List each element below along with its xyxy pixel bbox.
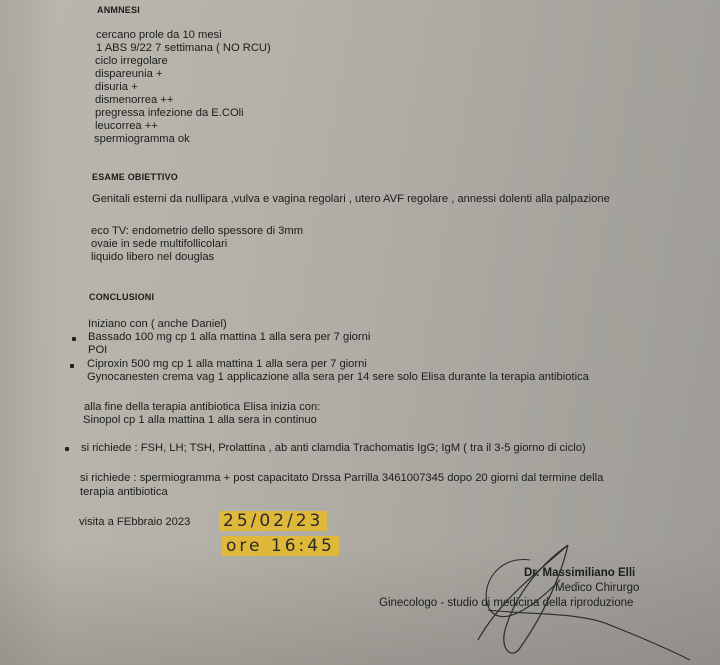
eco-line: liquido libero nel douglas <box>91 251 214 264</box>
esame-obiettivo-heading: ESAME OBIETTIVO <box>92 172 178 182</box>
doctor-title: Medico Chirurgo <box>555 582 639 594</box>
therapy-line: Bassado 100 mg cp 1 alla mattina 1 alla … <box>88 331 370 344</box>
bullet-icon <box>65 447 69 451</box>
after-therapy-line: Sinopol cp 1 alla mattina 1 alla sera in… <box>83 414 317 427</box>
handwritten-date: 25/02/23 <box>219 511 327 531</box>
anamnesi-line: 1 ABS 9/22 7 settimana ( NO RCU) <box>96 42 271 55</box>
lab-request-line: si richiede : spermiogramma + post capac… <box>80 472 603 485</box>
conclusioni-heading: CONCLUSIONI <box>89 292 154 302</box>
doctor-name: Dr. Massimiliano Elli <box>524 567 635 579</box>
handwritten-time: ore 16:45 <box>222 536 339 556</box>
after-therapy-line: alla fine della terapia antibiotica Elis… <box>84 401 320 414</box>
anamnesi-line: disuria + <box>95 81 138 94</box>
lab-request-line: si richiede : FSH, LH; TSH, Prolattina ,… <box>81 442 586 455</box>
eco-line: eco TV: endometrio dello spessore di 3mm <box>91 225 303 238</box>
esame-general-text: Genitali esterni da nullipara ,vulva e v… <box>92 193 610 206</box>
bullet-icon <box>72 337 76 341</box>
doctor-specialty: Ginecologo - studio di medicina della ri… <box>379 597 633 609</box>
anamnesi-line: pregressa infezione da E.COli <box>95 107 244 120</box>
anamnesi-line: dismenorrea ++ <box>95 94 173 107</box>
lab-request-line: terapia antibiotica <box>80 486 168 499</box>
bullet-icon <box>70 364 74 368</box>
anamnesi-heading: ANMNESI <box>97 5 140 15</box>
therapy-line: Ciproxin 500 mg cp 1 alla mattina 1 alla… <box>87 358 367 371</box>
anamnesi-line: spermiogramma ok <box>94 133 190 146</box>
anamnesi-line: cercano prole da 10 mesi <box>96 29 222 42</box>
anamnesi-line: ciclo irregolare <box>95 55 168 68</box>
document-page: ANMNESI cercano prole da 10 mesi 1 ABS 9… <box>0 0 720 665</box>
visit-label: visita a FEbbraio 2023 <box>79 516 190 529</box>
anamnesi-line: leucorrea ++ <box>95 120 158 133</box>
therapy-then: POI <box>88 344 107 357</box>
eco-line: ovaie in sede multifollicolari <box>91 238 227 251</box>
conclusioni-intro: Iniziano con ( anche Daniel) <box>88 318 227 331</box>
therapy-line: Gynocanesten crema vag 1 applicazione al… <box>87 371 589 384</box>
anamnesi-line: dispareunia + <box>95 68 163 81</box>
